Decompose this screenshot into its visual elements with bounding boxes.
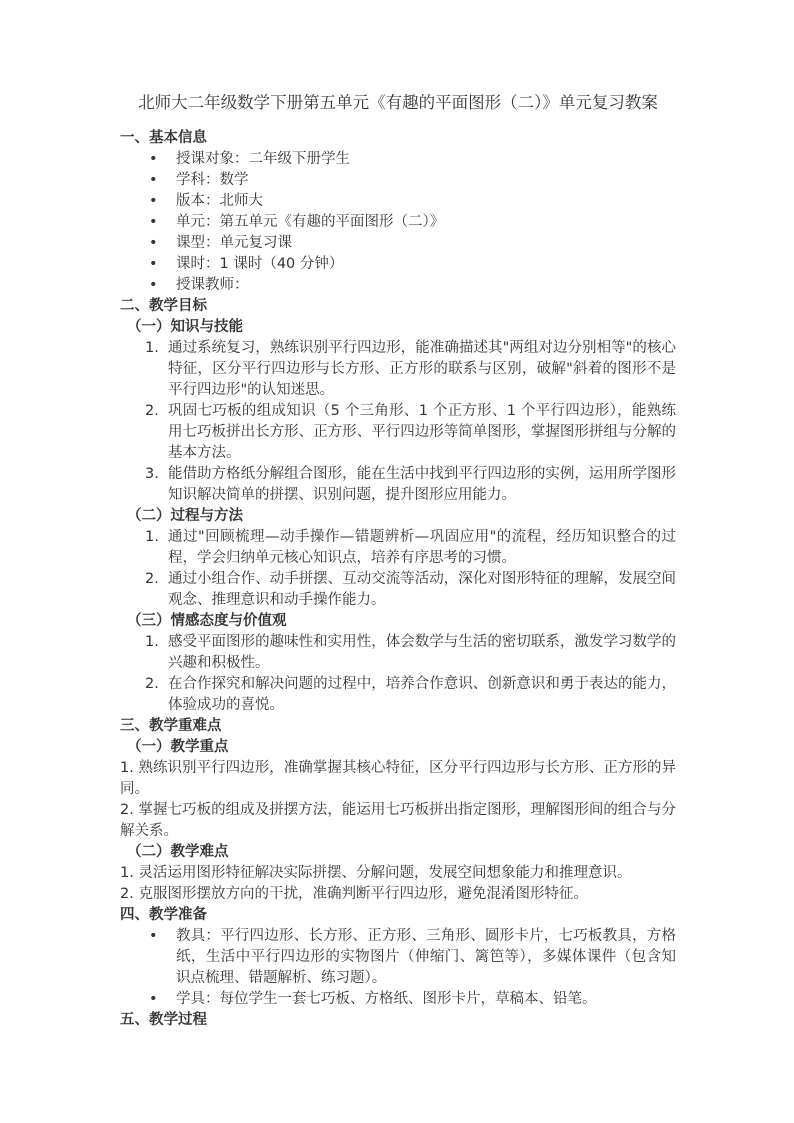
list-item-danyuan: 单元：第五单元《有趣的平面图形（二）》 [120, 212, 676, 233]
item-text: 通过系统复习，熟练识别平行四边形，能准确描述其"两组对边分别相等"的核心特征，区… [168, 340, 676, 398]
item-number: 2. [145, 674, 159, 695]
item-text: 巩固七巧板的组成知识（5 个三角形、1 个正方形、1 个平行四边形），能熟练用七… [168, 403, 676, 461]
body-paragraph: 1. 熟练识别平行四边形，准确掌握其核心特征，区分平行四边形与长方形、正方形的异… [120, 758, 676, 800]
body-paragraph: 2. 掌握七巧板的组成及拼摆方法，能运用七巧板拼出指定图形，理解图形间的组合与分… [120, 800, 676, 842]
list-item-text: 课时：1 课时（40 分钟） [176, 256, 343, 272]
item-text: 通过"回顾梳理—动手操作—错题辨析—巩固应用"的流程，经历知识整合的过程，学会归… [168, 529, 676, 566]
heading-emotion-values: （三）情感态度与价值观 [120, 611, 676, 632]
list-item-text: 学科：数学 [176, 172, 249, 188]
item-text: 通过小组合作、动手拼摆、互动交流等活动，深化对图形特征的理解，发展空间观念、推理… [168, 571, 676, 608]
item-number: 2. [145, 401, 159, 422]
list-item-text: 授课对象：二年级下册学生 [176, 151, 350, 167]
list-item-xueju: 学具：每位学生一套七巧板、方格纸、图形卡片，草稿本、铅笔。 [120, 989, 676, 1010]
item-number: 1. [145, 632, 159, 653]
list-item-text: 单元：第五单元《有趣的平面图形（二）》 [176, 214, 444, 230]
doc-title: 北师大二年级数学下册第五单元《有趣的平面图形（二）》单元复习教案 [120, 90, 676, 116]
heading-process-methods: （二）过程与方法 [120, 506, 676, 527]
heading-teaching-focus: （一）教学重点 [120, 737, 676, 758]
item-text: 能借助方格纸分解组合图形，能在生活中找到平行四边形的实例，运用所学图形知识解决简… [168, 466, 676, 503]
numbered-item: 2.通过小组合作、动手拼摆、互动交流等活动，深化对图形特征的理解，发展空间观念、… [120, 569, 676, 611]
numbered-item: 2.在合作探究和解决问题的过程中，培养合作意识、创新意识和勇于表达的能力，体验成… [120, 674, 676, 716]
heading-teaching-difficulty: （二）教学难点 [120, 842, 676, 863]
list-item-text: 课型：单元复习课 [176, 235, 292, 251]
list-item-kexing: 课型：单元复习课 [120, 233, 676, 254]
list-item-text: 授课教师： [176, 277, 249, 293]
heading-basic-info: 一、基本信息 [120, 128, 676, 149]
numbered-item: 1.感受平面图形的趣味性和实用性，体会数学与生活的密切联系，激发学习数学的兴趣和… [120, 632, 676, 674]
numbered-item: 3.能借助方格纸分解组合图形，能在生活中找到平行四边形的实例，运用所学图形知识解… [120, 464, 676, 506]
heading-objectives: 二、教学目标 [120, 296, 676, 317]
list-item-text: 教具：平行四边形、长方形、正方形、三角形、圆形卡片，七巧板教具，方格纸，生活中平… [176, 928, 676, 986]
item-number: 2. [145, 569, 159, 590]
list-item-banben: 版本：北师大 [120, 191, 676, 212]
heading-preparation: 四、教学准备 [120, 905, 676, 926]
numbered-item: 1.通过系统复习，熟练识别平行四边形，能准确描述其"两组对边分别相等"的核心特征… [120, 338, 676, 401]
list-item-keshi: 课时：1 课时（40 分钟） [120, 254, 676, 275]
numbered-item: 2.巩固七巧板的组成知识（5 个三角形、1 个正方形、1 个平行四边形），能熟练… [120, 401, 676, 464]
list-item-shoukeduixiang: 授课对象：二年级下册学生 [120, 149, 676, 170]
list-item-text: 版本：北师大 [176, 193, 263, 209]
list-item-jiaoju: 教具：平行四边形、长方形、正方形、三角形、圆形卡片，七巧板教具，方格纸，生活中平… [120, 926, 676, 989]
item-number: 1. [145, 527, 159, 548]
item-text: 感受平面图形的趣味性和实用性，体会数学与生活的密切联系，激发学习数学的兴趣和积极… [168, 634, 676, 671]
document-page: 北师大二年级数学下册第五单元《有趣的平面图形（二）》单元复习教案 一、基本信息 … [0, 0, 794, 1123]
heading-teaching-process: 五、教学过程 [120, 1010, 676, 1031]
list-item-shoukejiaoshi: 授课教师： [120, 275, 676, 296]
item-text: 在合作探究和解决问题的过程中，培养合作意识、创新意识和勇于表达的能力，体验成功的… [168, 676, 676, 713]
heading-knowledge-skills: （一）知识与技能 [120, 317, 676, 338]
item-number: 3. [145, 464, 159, 485]
numbered-item: 1.通过"回顾梳理—动手操作—错题辨析—巩固应用"的流程，经历知识整合的过程，学… [120, 527, 676, 569]
list-item-text: 学具：每位学生一套七巧板、方格纸、图形卡片，草稿本、铅笔。 [176, 991, 597, 1007]
body-paragraph: 1. 灵活运用图形特征解决实际拼摆、分解问题，发展空间想象能力和推理意识。 [120, 863, 676, 884]
list-item-xueke: 学科：数学 [120, 170, 676, 191]
body-paragraph: 2. 克服图形摆放方向的干扰，准确判断平行四边形，避免混淆图形特征。 [120, 884, 676, 905]
heading-key-points: 三、教学重难点 [120, 716, 676, 737]
item-number: 1. [145, 338, 159, 359]
